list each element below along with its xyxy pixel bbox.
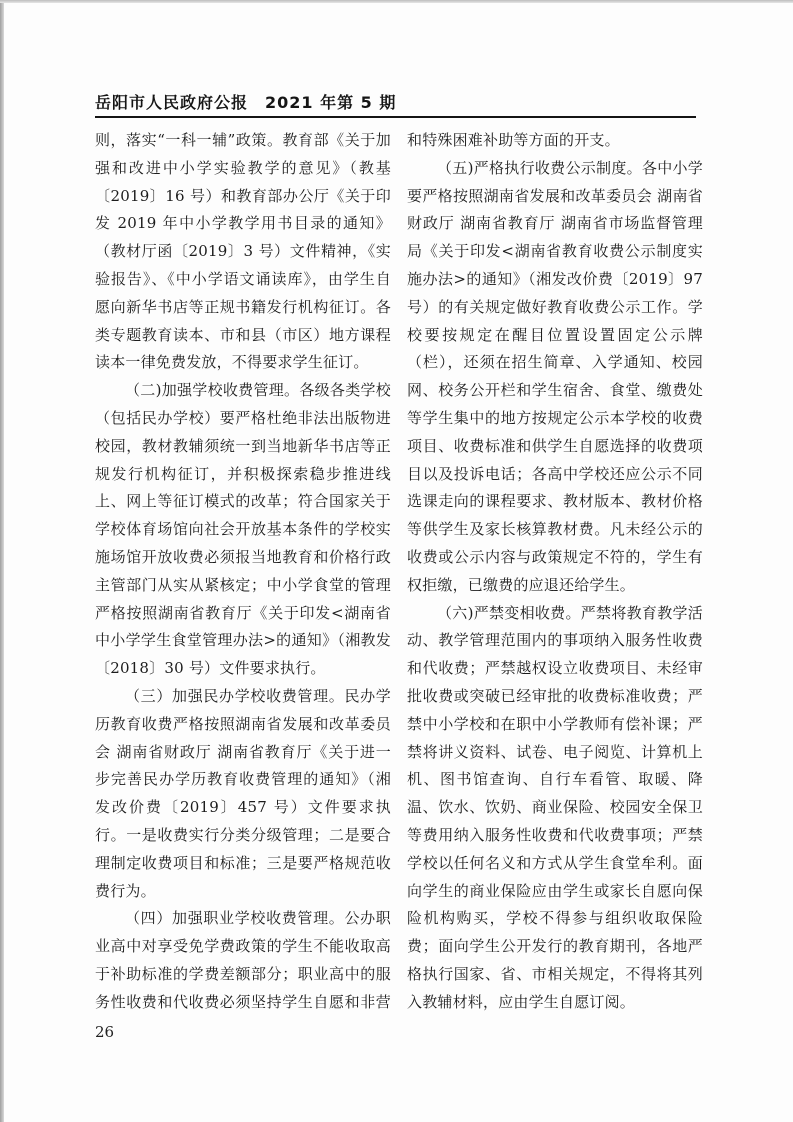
paragraph-continuation: 则，落实“一科一辅”政策。教育部《关于加强和改进中小学实验教学的意见》（教基〔2…: [95, 127, 391, 377]
page-header: 岳阳市人民政府公报 2021 年第 5 期: [95, 90, 696, 113]
paragraph-item-2: （二)加强学校收费管理。各级各类学校（包括民办学校）要严格杜绝非法出版物进校园，…: [95, 377, 391, 683]
page-header-title: 岳阳市人民政府公报 2021 年第 5 期: [95, 93, 396, 112]
paragraph-closing: 教育部、人民日报社、全国少工委《关于在全国中小学校开展“学习新思想，做好接班人”…: [407, 1017, 703, 1020]
paragraph-item-3: （三）加强民办学校收费管理。民办学历教育收费严格按照湖南省发展和改革委员会 湖南…: [95, 683, 391, 905]
article-body: 则，落实“一科一辅”政策。教育部《关于加强和改进中小学实验教学的意见》（教基〔2…: [95, 127, 703, 1019]
page-number: 26: [95, 1023, 114, 1041]
paragraph-item-6: （六)严禁变相收费。严禁将教育教学活动、教学管理范围内的事项纳入服务性收费和代收…: [407, 600, 703, 1017]
paragraph-continuation: 和特殊困难补助等方面的开支。: [407, 127, 703, 155]
scan-edge-left: [0, 0, 4, 1122]
gazette-page: 岳阳市人民政府公报 2021 年第 5 期 则，落实“一科一辅”政策。教育部《关…: [0, 0, 793, 1122]
right-column: 和特殊困难补助等方面的开支。 （五)严格执行收费公示制度。各中小学要严格按照湖南…: [407, 127, 703, 1019]
scan-edge-top: [0, 0, 793, 3]
paragraph-item-5: （五)严格执行收费公示制度。各中小学要严格按照湖南省发展和改革委员会 湖南省财政…: [407, 155, 703, 600]
paragraph-item-4: （四）加强职业学校收费管理。公办职业高中对享受免学费政策的学生不能收取高于补助标…: [95, 905, 391, 1019]
left-column: 则，落实“一科一辅”政策。教育部《关于加强和改进中小学实验教学的意见》（教基〔2…: [95, 127, 391, 1019]
header-rule: [95, 116, 696, 118]
